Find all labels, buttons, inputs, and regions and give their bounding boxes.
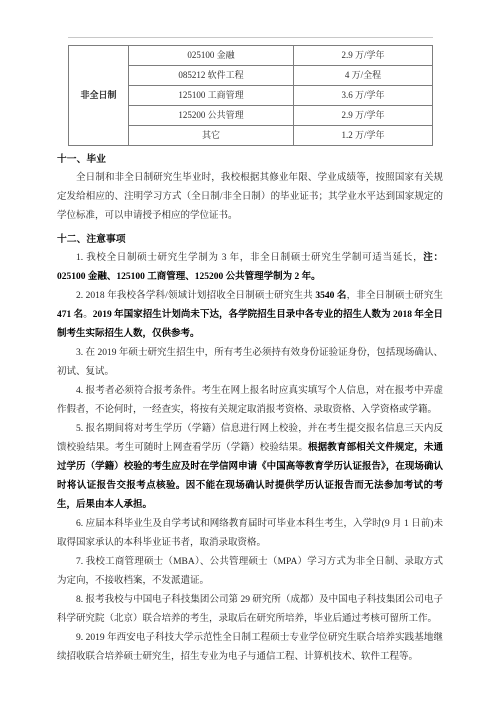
text-segment: 全日制和非全日制研究生毕业时，我校根据其修业年限、学业成绩等，按照国家有关规定发…: [57, 173, 443, 221]
paragraph: 8. 报考我校与中国电子科技集团公司第 29 研究所（成都）及中国电子科技集团公…: [57, 591, 443, 629]
section-graduation: 十一、毕业 全日制和非全日制研究生毕业时，我校根据其修业年限、学业成绩等，按照国…: [57, 150, 443, 226]
section-11-heading: 十一、毕业: [57, 150, 443, 169]
document-page: 非全日制025100 金融2.9 万/学年085212 软件工程4 万/全程12…: [0, 0, 500, 707]
fee-cell: 3.6 万/学年: [294, 86, 433, 106]
tuition-fee-table: 非全日制025100 金融2.9 万/学年085212 软件工程4 万/全程12…: [68, 45, 433, 146]
text-segment: 3540 名: [315, 291, 346, 301]
text-segment: 7. 我校工商管理硕士（MBA）、公共管理硕士（MPA）学习方式为非全日制、录取…: [57, 557, 443, 586]
paragraph: 9. 2019 年西安电子科技大学示范性全日制工程硕士专业学位研究生联合培养实践…: [57, 629, 443, 667]
fee-cell: 2.9 万/学年: [294, 106, 433, 126]
text-segment: 9. 2019 年西安电子科技大学示范性全日制工程硕士专业学位研究生联合培养实践…: [57, 633, 443, 662]
paragraph: 全日制和非全日制研究生毕业时，我校根据其修业年限、学业成绩等，按照国家有关规定发…: [57, 169, 443, 226]
text-segment: ，非全日制硕士研究生: [347, 291, 443, 301]
text-segment: 1. 我校全日制硕士研究生学制为 3 年，非全日制硕士研究生学制可适当延长，: [76, 253, 423, 263]
paragraph: 4. 报考者必须符合报考条件。考生在网上报名时应真实填写个人信息，对在报考中弄虚…: [57, 382, 443, 420]
paragraph: 1. 我校全日制硕士研究生学制为 3 年，非全日制硕士研究生学制可适当延长，注：…: [57, 249, 443, 287]
text-segment: 2. 2018 年我校各学科/领域计划招收全日制硕士研究生共: [76, 291, 315, 301]
text-segment: 根据教育部相关文件规定，未通过学历（学籍）校验的考生应及时在学信网申请《中国高等…: [57, 443, 443, 510]
section-notes: 十二、注意事项 1. 我校全日制硕士研究生学制为 3 年，非全日制硕士研究生学制…: [57, 230, 443, 667]
paragraph: 5. 报名期间将对考生学历（学籍）信息进行网上校验，并在考生提交报名信息三天内反…: [57, 420, 443, 515]
table-row: 非全日制025100 金融2.9 万/学年: [69, 46, 433, 66]
study-mode-cell: 非全日制: [69, 46, 129, 146]
fee-cell: 2.9 万/学年: [294, 46, 433, 66]
fee-cell: 4 万/全程: [294, 66, 433, 86]
program-cell: 其它: [129, 126, 294, 146]
text-segment: 8. 报考我校与中国电子科技集团公司第 29 研究所（成都）及中国电子科技集团公…: [57, 595, 443, 624]
program-cell: 125100 工商管理: [129, 86, 294, 106]
program-cell: 025100 金融: [129, 46, 294, 66]
program-cell: 085212 软件工程: [129, 66, 294, 86]
text-segment: 471 名: [57, 310, 83, 320]
paragraph: 6. 应届本科毕业生及自学考试和网络教育届时可毕业本科生考生，入学时(9 月 1…: [57, 515, 443, 553]
table-cutoff-border: [68, 37, 433, 38]
paragraph: 7. 我校工商管理硕士（MBA）、公共管理硕士（MPA）学习方式为非全日制、录取…: [57, 553, 443, 591]
section-12-body: 1. 我校全日制硕士研究生学制为 3 年，非全日制硕士研究生学制可适当延长，注：…: [57, 249, 443, 667]
tuition-table-area: 非全日制025100 金融2.9 万/学年085212 软件工程4 万/全程12…: [68, 0, 433, 146]
section-11-body: 全日制和非全日制研究生毕业时，我校根据其修业年限、学业成绩等，按照国家有关规定发…: [57, 169, 443, 226]
text-segment: 2019 年国家招生计划尚未下达，各学院招生目录中各专业的招生人数为 2018 …: [57, 310, 443, 339]
paragraph: 2. 2018 年我校各学科/领域计划招收全日制硕士研究生共 3540 名，非全…: [57, 287, 443, 344]
text-segment: 6. 应届本科毕业生及自学考试和网络教育届时可毕业本科生考生，入学时(9 月 1…: [57, 519, 443, 548]
text-segment: 。: [83, 310, 93, 320]
text-segment: 4. 报考者必须符合报考条件。考生在网上报名时应真实填写个人信息，对在报考中弄虚…: [57, 386, 443, 415]
fee-cell: 1.2 万/学年: [294, 126, 433, 146]
section-12-heading: 十二、注意事项: [57, 230, 443, 249]
program-cell: 125200 公共管理: [129, 106, 294, 126]
document-body: 十一、毕业 全日制和非全日制研究生毕业时，我校根据其修业年限、学业成绩等，按照国…: [57, 150, 443, 667]
paragraph: 3. 在 2019 年硕士研究生招生中，所有考生必须持有效身份证验证身份，包括现…: [57, 344, 443, 382]
text-segment: 3. 在 2019 年硕士研究生招生中，所有考生必须持有效身份证验证身份，包括现…: [57, 348, 443, 377]
